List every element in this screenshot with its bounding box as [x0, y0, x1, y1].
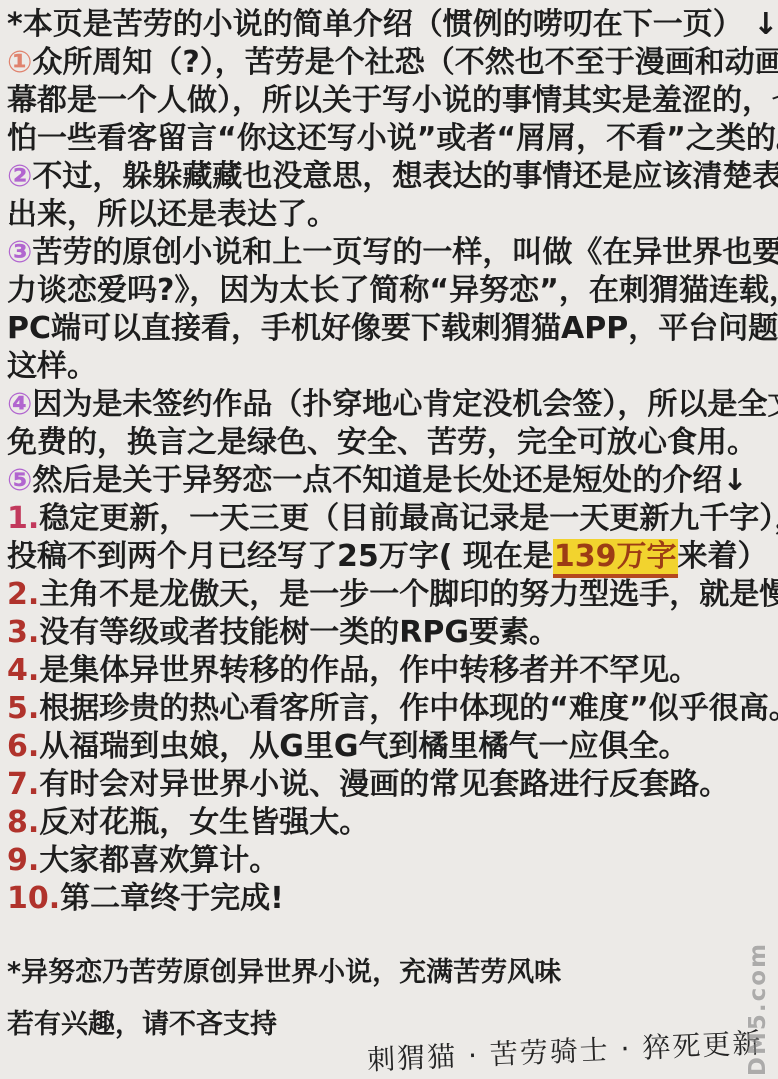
list-number: 6.	[7, 729, 39, 764]
text-line: 6.从福瑞到虫娘，从G里G气到橘里橘气一应俱全。	[7, 728, 777, 766]
text-line: 10.第二章终于完成!	[7, 880, 777, 918]
list-number: 4.	[7, 653, 39, 688]
text-line: 投稿不到两个月已经写了25万字( 现在是139万字来着）	[7, 538, 777, 576]
text-segment: 出来，所以还是表达了。	[7, 197, 337, 232]
text-line: 免费的，换言之是绿色、安全、苦劳，完全可放心食用。	[7, 424, 777, 462]
text-line: ①众所周知（?），苦劳是个社恐（不然也不至于漫画和动画字	[7, 44, 777, 82]
text-line: 出来，所以还是表达了。	[7, 196, 777, 234]
text-segment: 反对花瓶，女生皆强大。	[39, 805, 369, 840]
dm5-watermark: DM5.com	[745, 939, 771, 1079]
text-segment: 这样。	[7, 349, 97, 384]
list-number: 3.	[7, 615, 39, 650]
list-number: 2.	[7, 577, 39, 612]
text-segment: 根据珍贵的热心看客所言，作中体现的“难度”似乎很高。	[39, 691, 778, 726]
text-segment: 大家都喜欢算计。	[39, 843, 279, 878]
text-line: 1.稳定更新，一天三更（目前最高记录是一天更新九千字），	[7, 500, 777, 538]
text-line: 2.主角不是龙傲天，是一步一个脚印的努力型选手，就是慢热。	[7, 576, 777, 614]
footer-note: *异努恋乃苦劳原创异世界小说，充满苦劳风味 若有兴趣，请不吝支持	[7, 956, 561, 1042]
text-line: 幕都是一个人做），所以关于写小说的事情其实是羞涩的，也	[7, 82, 777, 120]
text-segment: 然后是关于异努恋一点不知道是长处还是短处的介绍↓	[32, 463, 747, 498]
text-segment: PC端可以直接看，手机好像要下载刺猬猫APP，平台问题就是	[7, 311, 778, 346]
list-number: 9.	[7, 843, 39, 878]
text-line: 4.是集体异世界转移的作品，作中转移者并不罕见。	[7, 652, 777, 690]
text-line: ⑤然后是关于异努恋一点不知道是长处还是短处的介绍↓	[7, 462, 777, 500]
circled-number: ①	[7, 45, 32, 80]
text-segment: 来着）	[678, 539, 768, 574]
text-line: ④因为是未签约作品（扑穿地心肯定没机会签），所以是全文	[7, 386, 777, 424]
text-line: PC端可以直接看，手机好像要下载刺猬猫APP，平台问题就是	[7, 310, 777, 348]
list-number: 5.	[7, 691, 39, 726]
list-number: 10.	[7, 881, 60, 916]
text-line: ③苦劳的原创小说和上一页写的一样，叫做《在异世界也要努	[7, 234, 777, 272]
text-segment: 幕都是一个人做），所以关于写小说的事情其实是羞涩的，也	[7, 83, 778, 118]
text-segment: 众所周知（?），苦劳是个社恐（不然也不至于漫画和动画字	[32, 45, 778, 80]
text-segment: 力谈恋爱吗?》，因为太长了简称“异努恋”，在刺猬猫连载，	[7, 273, 778, 308]
footer-note-line1: *异努恋乃苦劳原创异世界小说，充满苦劳风味	[7, 956, 561, 990]
text-segment: 投稿不到两个月已经写了25万字( 现在是	[7, 539, 553, 574]
list-number: 7.	[7, 767, 39, 802]
text-segment: *本页是苦劳的小说的简单介绍（惯例的唠叨在下一页） ↓	[7, 7, 778, 42]
text-line: ②不过，躲躲藏藏也没意思，想表达的事情还是应该清楚表达	[7, 158, 777, 196]
novel-intro-text-block: *本页是苦劳的小说的简单介绍（惯例的唠叨在下一页） ↓①众所周知（?），苦劳是个…	[7, 6, 777, 918]
word-count-highlight: 139万字	[553, 539, 678, 578]
text-line: 力谈恋爱吗?》，因为太长了简称“异努恋”，在刺猬猫连载，	[7, 272, 777, 310]
text-segment: 有时会对异世界小说、漫画的常见套路进行反套路。	[39, 767, 729, 802]
text-line: 这样。	[7, 348, 777, 386]
text-line: 3.没有等级或者技能树一类的RPG要素。	[7, 614, 777, 652]
text-segment: 因为是未签约作品（扑穿地心肯定没机会签），所以是全文	[32, 387, 778, 422]
circled-number: ②	[7, 159, 32, 194]
text-segment: 苦劳的原创小说和上一页写的一样，叫做《在异世界也要努	[32, 235, 778, 270]
text-segment: 从福瑞到虫娘，从G里G气到橘里橘气一应俱全。	[39, 729, 688, 764]
text-line: 8.反对花瓶，女生皆强大。	[7, 804, 777, 842]
text-segment: 不过，躲躲藏藏也没意思，想表达的事情还是应该清楚表达	[32, 159, 778, 194]
text-line: *本页是苦劳的小说的简单介绍（惯例的唠叨在下一页） ↓	[7, 6, 777, 44]
text-line: 5.根据珍贵的热心看客所言，作中体现的“难度”似乎很高。	[7, 690, 777, 728]
text-segment: 是集体异世界转移的作品，作中转移者并不罕见。	[39, 653, 699, 688]
text-line: 9.大家都喜欢算计。	[7, 842, 777, 880]
text-line: 怕一些看客留言“你这还写小说”或者“屑屑，不看”之类的。	[7, 120, 777, 158]
circled-number: ⑤	[7, 463, 32, 498]
list-number: 8.	[7, 805, 39, 840]
text-line: 7.有时会对异世界小说、漫画的常见套路进行反套路。	[7, 766, 777, 804]
text-segment: 怕一些看客留言“你这还写小说”或者“屑屑，不看”之类的。	[7, 121, 778, 156]
circled-number: ④	[7, 387, 32, 422]
text-segment: 第二章终于完成!	[60, 881, 284, 916]
text-segment: 免费的，换言之是绿色、安全、苦劳，完全可放心食用。	[7, 425, 757, 460]
text-segment: 没有等级或者技能树一类的RPG要素。	[39, 615, 559, 650]
text-segment: 主角不是龙傲天，是一步一个脚印的努力型选手，就是慢热。	[39, 577, 778, 612]
circled-number: ③	[7, 235, 32, 270]
list-number: 1.	[7, 501, 39, 536]
text-segment: 稳定更新，一天三更（目前最高记录是一天更新九千字），	[39, 501, 778, 536]
